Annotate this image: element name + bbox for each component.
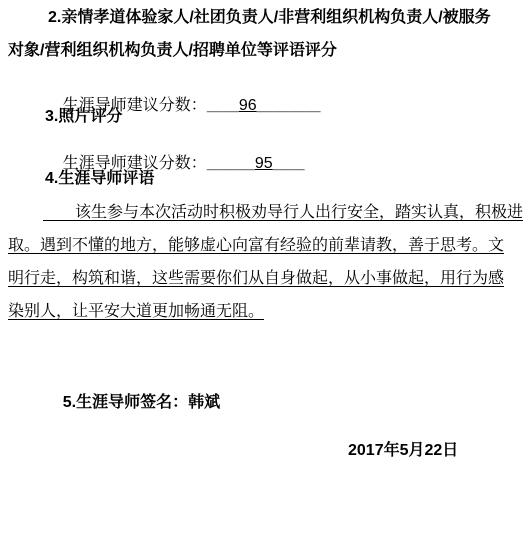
score-blank-pre: ＿＿＿	[207, 155, 255, 172]
section4-heading: 4.生涯导师评语	[45, 165, 154, 188]
section3-heading: 3.照片评分	[45, 103, 122, 126]
section2-heading: 2.亲情孝道体验家人/社团负责人/非营利组织机构负责人/被服务 对象/营利组织机…	[8, 1, 531, 67]
score-blank-post: ＿＿	[273, 155, 305, 172]
score-value: 96	[239, 97, 257, 114]
section5-signature-line: 5.生涯导师签名：韩斌	[45, 371, 220, 430]
document-page: 2.亲情孝道体验家人/社团负责人/非营利组织机构负责人/被服务 对象/营利组织机…	[0, 0, 531, 538]
signature-name: 韩斌	[188, 394, 220, 411]
document-date: 2017年5月22日	[348, 437, 458, 460]
score-value: 95	[255, 155, 273, 172]
score-blank-post: ＿＿＿＿	[257, 97, 321, 114]
mentor-comment-paragraph: 该生参与本次活动时积极劝导行人出行安全，踏实认真，积极进 取。遇到不懂的地方，能…	[8, 196, 531, 328]
signature-label: 5.生涯导师签名：	[63, 394, 188, 411]
score-blank-pre: ＿＿	[207, 97, 239, 114]
